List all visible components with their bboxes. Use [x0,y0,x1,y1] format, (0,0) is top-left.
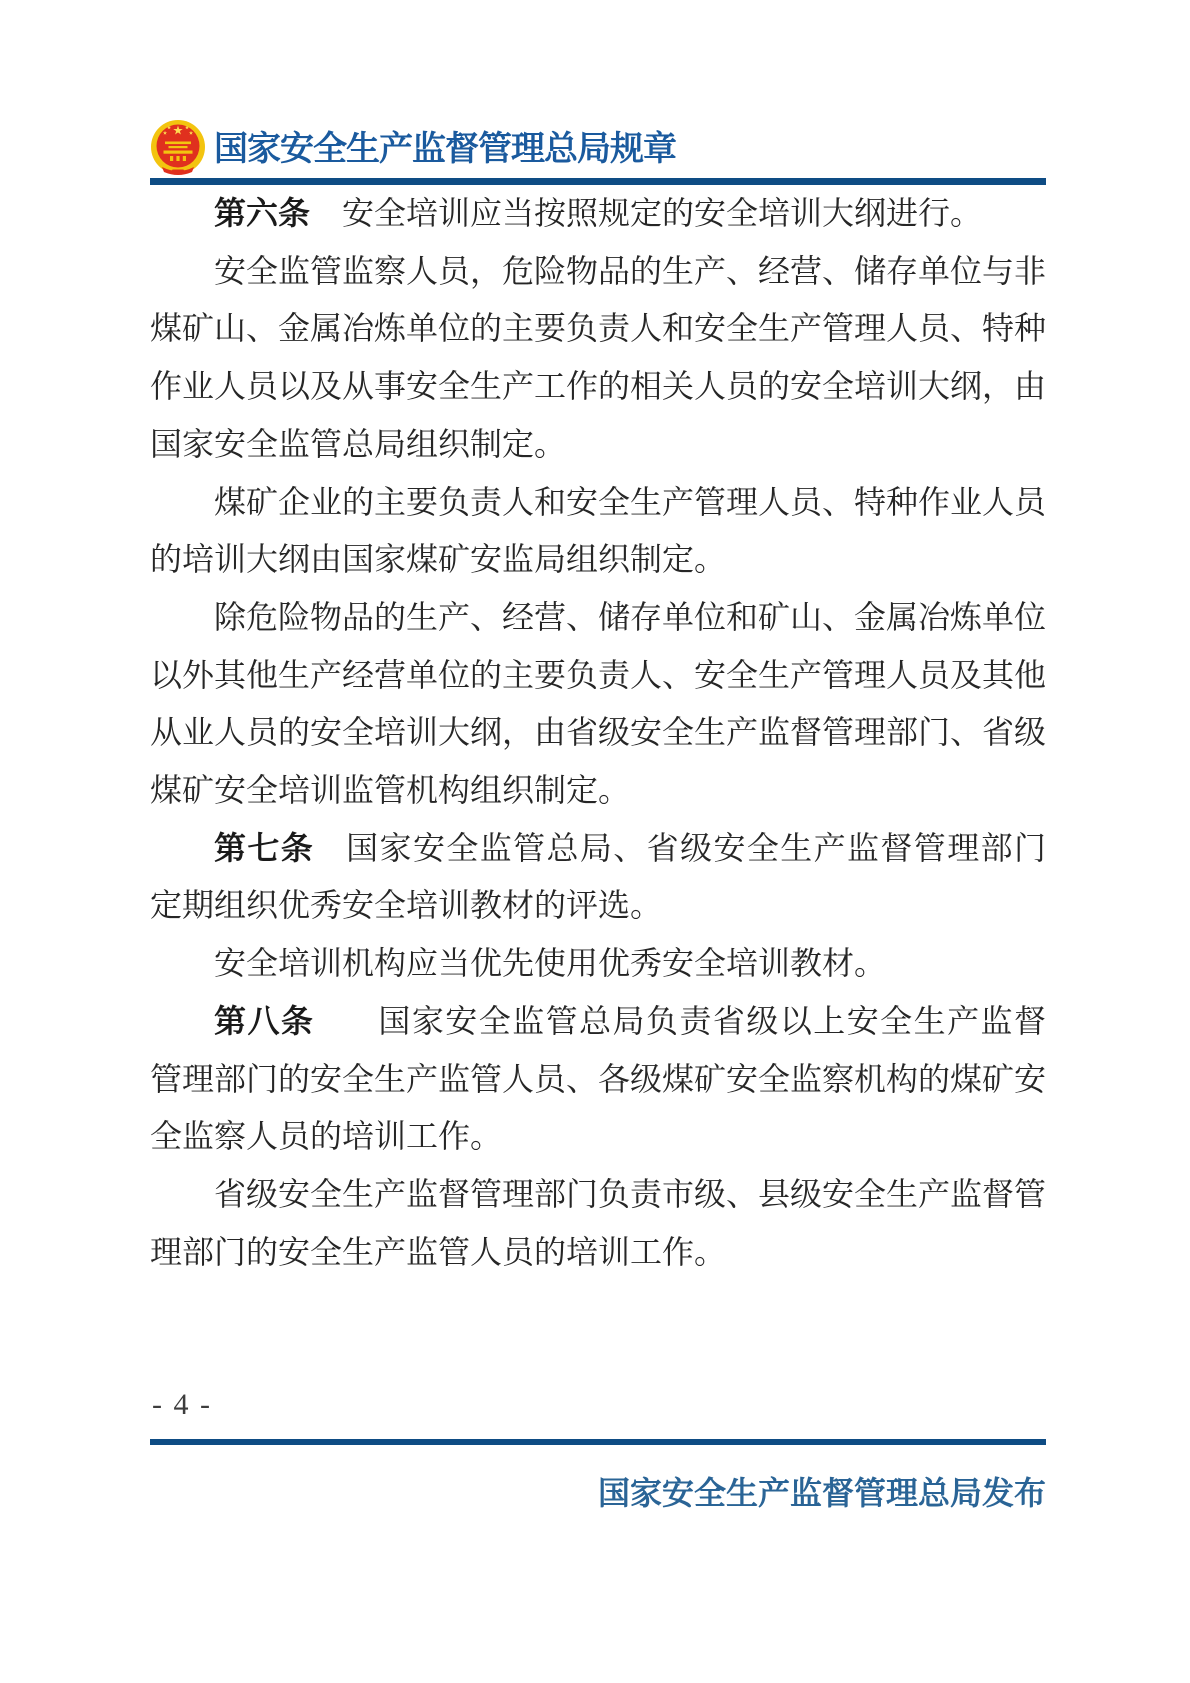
paragraph: 煤矿企业的主要负责人和安全生产管理人员、特种作业人员的培训大纲由国家煤矿安监局组… [150,474,1046,589]
page-header: 国家安全生产监督管理总局规章 [150,115,1046,179]
paragraph: 第七条国家安全监管总局、省级安全生产监督管理部门定期组织优秀安全培训教材的评选。 [150,820,1046,935]
paragraph-text: 除危险物品的生产、经营、储存单位和矿山、金属冶炼单位以外其他生产经营单位的主要负… [150,599,1046,808]
article-number: 第七条 [214,830,314,866]
header-rule [150,178,1046,185]
document-body: 第六条安全培训应当按照规定的安全培训大纲进行。 安全监管监察人员，危险物品的生产… [150,185,1046,1281]
paragraph: 除危险物品的生产、经营、储存单位和矿山、金属冶炼单位以外其他生产经营单位的主要负… [150,589,1046,820]
paragraph: 安全监管监察人员，危险物品的生产、经营、储存单位与非煤矿山、金属冶炼单位的主要负… [150,243,1046,474]
paragraph-text: 安全培训机构应当优先使用优秀安全培训教材。 [214,945,886,981]
paragraph: 第八条国家安全监管总局负责省级以上安全生产监督管理部门的安全生产监管人员、各级煤… [150,993,1046,1166]
national-emblem-icon [150,117,206,177]
article-number: 第六条 [214,195,310,231]
page-number: - 4 - [152,1388,212,1422]
footer-rule [150,1439,1046,1445]
paragraph: 省级安全生产监督管理部门负责市级、县级安全生产监督管理部门的安全生产监管人员的培… [150,1166,1046,1281]
paragraph: 第六条安全培训应当按照规定的安全培训大纲进行。 [150,185,1046,243]
paragraph-text: 省级安全生产监督管理部门负责市级、县级安全生产监督管理部门的安全生产监管人员的培… [150,1176,1046,1270]
paragraph-text: 安全监管监察人员，危险物品的生产、经营、储存单位与非煤矿山、金属冶炼单位的主要负… [150,253,1046,462]
publisher-line: 国家安全生产监督管理总局发布 [150,1468,1046,1514]
header-title: 国家安全生产监督管理总局规章 [214,121,676,170]
paragraph: 安全培训机构应当优先使用优秀安全培训教材。 [150,935,1046,993]
article-number: 第八条 [214,1003,314,1039]
paragraph-text: 安全培训应当按照规定的安全培训大纲进行。 [342,195,982,231]
document-page: 国家安全生产监督管理总局规章 第六条安全培训应当按照规定的安全培训大纲进行。 安… [0,0,1190,1683]
paragraph-text: 煤矿企业的主要负责人和安全生产管理人员、特种作业人员的培训大纲由国家煤矿安监局组… [150,484,1046,578]
